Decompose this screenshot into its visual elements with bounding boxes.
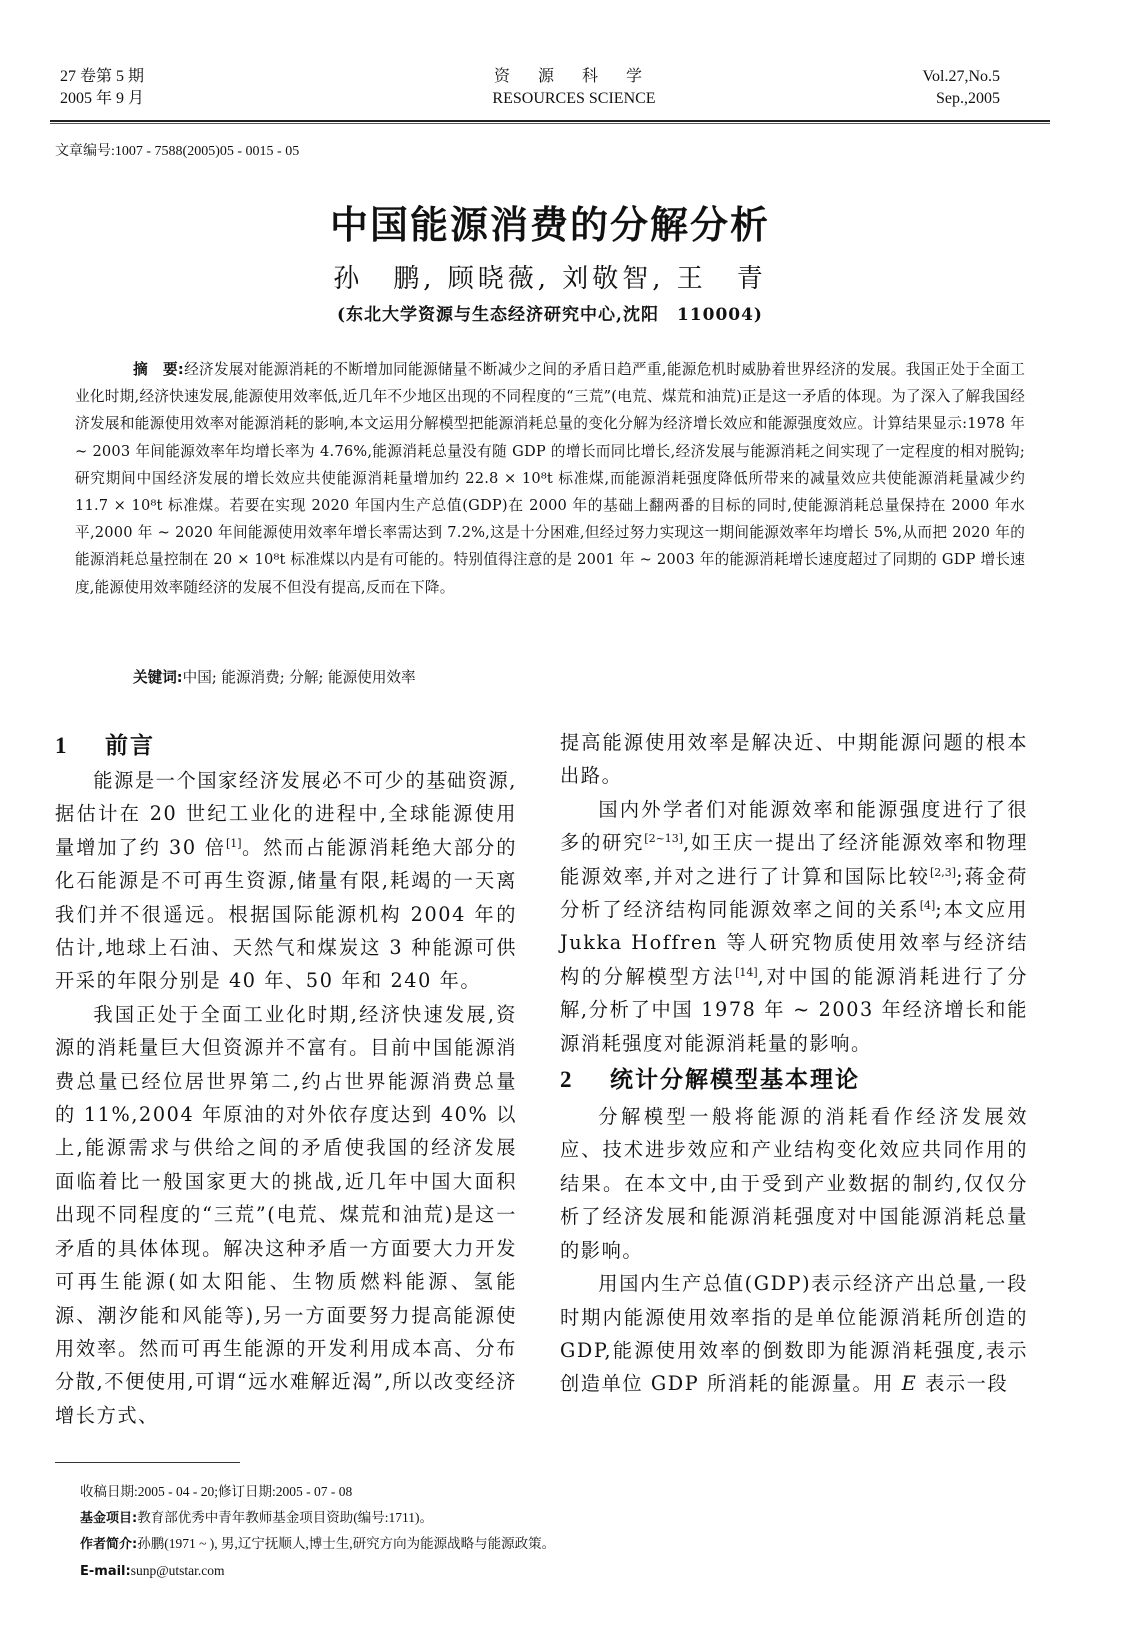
abstract-text: 经济发展对能源消耗的不断增加同能源储量不断减少之间的矛盾日趋严重,能源危机时威胁…	[75, 361, 1025, 596]
section-heading-1: 1前言	[55, 726, 155, 766]
author-bio-label: 作者简介:	[80, 1537, 137, 1552]
citation: [4]	[920, 899, 936, 912]
section-number: 2	[560, 1060, 610, 1100]
email-label: E-mail:	[80, 1564, 131, 1579]
variable-e: E	[902, 1372, 918, 1395]
affiliation: (东北大学资源与生态经济研究中心,沈阳 110004)	[0, 300, 1100, 325]
section-title: 统计分解模型基本理论	[610, 1067, 860, 1093]
article-number: 文章编号:1007 - 7588(2005)05 - 0015 - 05	[55, 140, 299, 160]
keywords: 关键词:中国; 能源消费; 分解; 能源使用效率	[133, 666, 416, 687]
citation: [14]	[735, 966, 758, 979]
keywords-text: 中国; 能源消费; 分解; 能源使用效率	[183, 669, 416, 686]
paper-title: 中国能源消费的分解分析	[0, 194, 1100, 249]
volume-issue-en: Vol.27,No.5	[923, 66, 1001, 88]
paragraph: 提高能源使用效率是解决近、中期能源问题的根本出路。	[560, 726, 1028, 793]
paragraph: 分解模型一般将能源的消耗看作经济发展效应、技术进步效应和产业结构变化效应共同作用…	[560, 1100, 1028, 1267]
keywords-label: 关键词:	[133, 669, 183, 686]
abstract-label: 摘 要:	[133, 361, 184, 378]
left-column: 能源是一个国家经济发展必不可少的基础资源,据估计在 20 世纪工业化的进程中,全…	[55, 764, 517, 1432]
section-number: 1	[55, 726, 105, 766]
author-list: 孙 鹏, 顾晓薇, 刘敬智, 王 青	[0, 258, 1100, 295]
footnote-received: 收稿日期:2005 - 04 - 20;修订日期:2005 - 07 - 08	[80, 1482, 352, 1502]
paragraph: 我国正处于全面工业化时期,经济快速发展,资源的消耗量巨大但资源并不富有。目前中国…	[55, 998, 517, 1432]
publication-date-en: Sep.,2005	[923, 88, 1001, 110]
fund-text: 教育部优秀中青年教师基金项目资助(编号:1711)。	[137, 1510, 433, 1525]
paragraph: 国内外学者们对能源效率和能源强度进行了很多的研究[2~13],如王庆一提出了经济…	[560, 793, 1028, 1060]
fund-label: 基金项目:	[80, 1511, 137, 1526]
citation: [1]	[226, 837, 242, 850]
footnote-email: E-mail:sunp@utstar.com	[80, 1561, 225, 1582]
email-address[interactable]: sunp@utstar.com	[131, 1563, 225, 1578]
footnote-rule	[55, 1462, 240, 1463]
citation: [2~13]	[644, 832, 683, 845]
right-column: 提高能源使用效率是解决近、中期能源问题的根本出路。 国内外学者们对能源效率和能源…	[560, 726, 1028, 1401]
citation: [2,3]	[930, 866, 956, 879]
received-label: 收稿日期:	[80, 1484, 138, 1499]
footnote-fund: 基金项目:教育部优秀中青年教师基金项目资助(编号:1711)。	[80, 1508, 433, 1529]
received-dates: 2005 - 04 - 20;修订日期:2005 - 07 - 08	[138, 1484, 352, 1499]
header-rule	[50, 120, 1050, 122]
section-title: 前言	[105, 733, 155, 759]
header-rule-thin	[50, 123, 1050, 124]
section-heading-2: 2统计分解模型基本理论	[560, 1060, 1028, 1100]
footnote-author: 作者简介:孙鹏(1971 ~ ), 男,辽宁抚顺人,博士生,研究方向为能源战略与…	[80, 1534, 555, 1555]
author-bio-text: 孙鹏(1971 ~ ), 男,辽宁抚顺人,博士生,研究方向为能源战略与能源政策。	[137, 1536, 555, 1551]
paragraph: 能源是一个国家经济发展必不可少的基础资源,据估计在 20 世纪工业化的进程中,全…	[55, 764, 517, 998]
paragraph: 用国内生产总值(GDP)表示经济产出总量,一段时期内能源使用效率指的是单位能源消…	[560, 1267, 1028, 1401]
abstract: 摘 要:经济发展对能源消耗的不断增加同能源储量不断减少之间的矛盾日趋严重,能源危…	[75, 356, 1025, 601]
running-header-right: Vol.27,No.5 Sep.,2005	[923, 66, 1001, 110]
